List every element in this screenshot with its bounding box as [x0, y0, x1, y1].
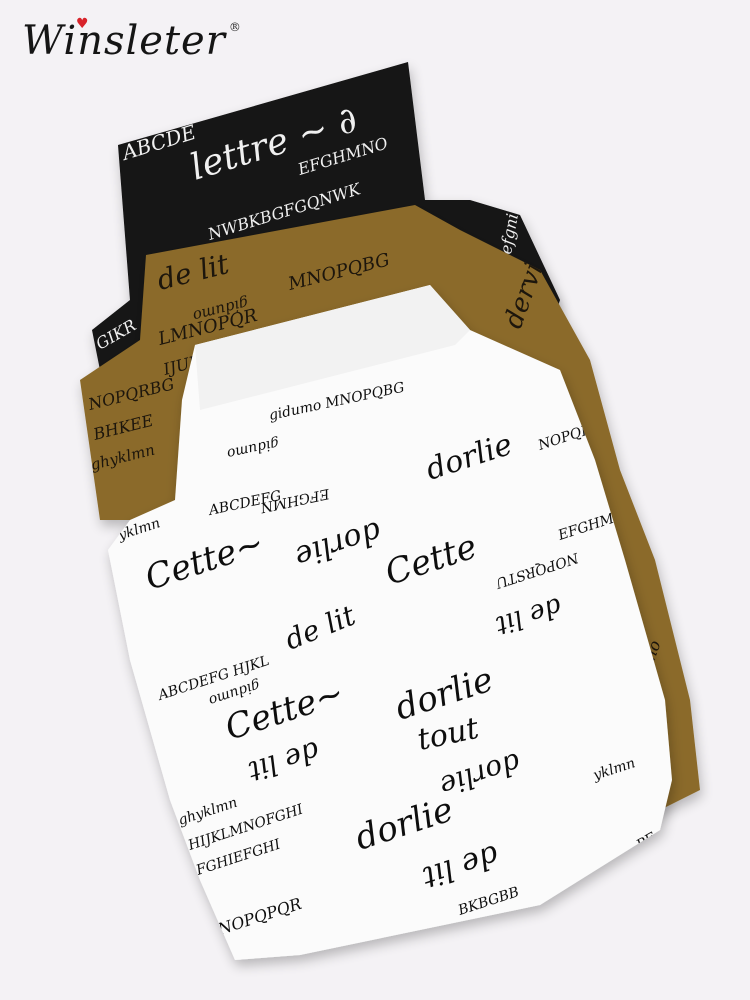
product-photo: ABCDE lettre ~ ∂ EFGHMNO NWBKBGFGQNWK le…	[0, 0, 750, 1000]
folded-pants-illustration: ABCDE lettre ~ ∂ EFGHMNO NWBKBGFGQNWK le…	[0, 0, 750, 1000]
